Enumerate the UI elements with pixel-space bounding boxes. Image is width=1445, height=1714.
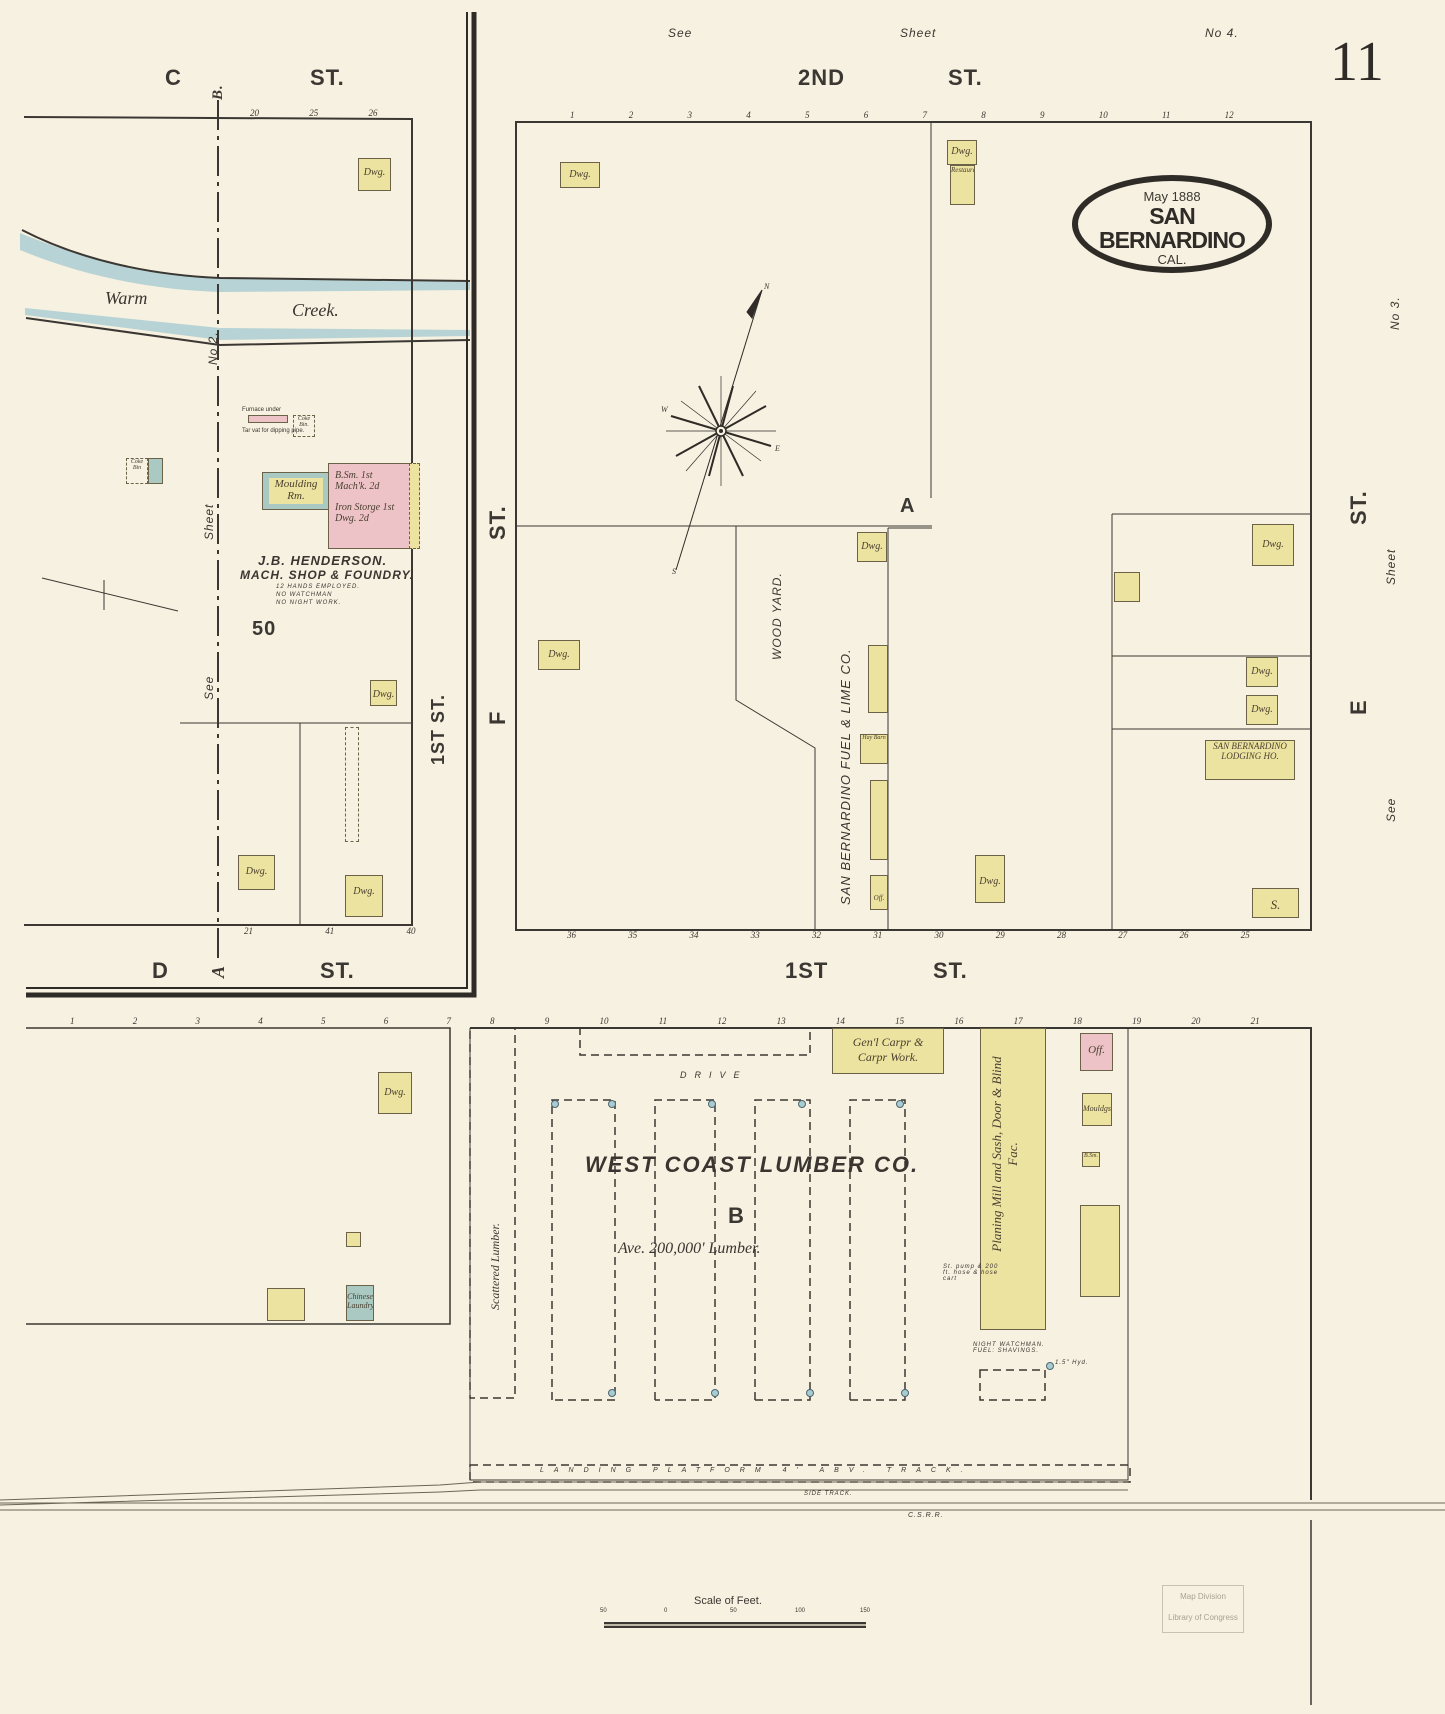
building-blacksmith: B.Sm. [1082, 1152, 1100, 1167]
lot-numbers-block-50-top: 20 25 26 [250, 108, 378, 118]
henderson-note-1: 12 HANDS EMPLOYED. [276, 584, 360, 590]
scale-tick: 50 [600, 1608, 607, 1614]
furnace-note: Furnace under [242, 407, 281, 413]
pump-note: St. pump & 200 ft. hose & hose cart [943, 1264, 1003, 1282]
lot-numbers-top: 1 2 3 4 5 6 7 8 9 10 11 12 [570, 110, 1234, 120]
compass-w: W [661, 405, 668, 414]
see-sheet-top-sheet: Sheet [900, 26, 936, 40]
wood-yard-label: WOOD YARD. [770, 572, 784, 660]
henderson-type: MACH. SHOP & FOUNDRY. [240, 568, 414, 582]
dwelling: Dwg. [378, 1072, 412, 1114]
lot-numbers-block-b: 8 9 10 11 12 13 14 15 16 17 18 19 20 21 [490, 1016, 1260, 1026]
compass-s: S [672, 567, 676, 576]
street-2nd-st: ST. [948, 65, 983, 91]
building-shed [346, 1232, 361, 1247]
dwelling: Dwg. [345, 875, 383, 917]
compass-e: E [775, 444, 780, 453]
tar-vat [248, 415, 288, 423]
annex [345, 727, 359, 842]
dwelling: Dwg. [1246, 695, 1278, 725]
sheet-number: 11 [1330, 30, 1384, 94]
street-f: F [485, 711, 511, 725]
scale-tick: 100 [795, 1608, 805, 1614]
side-ref-right-see: See [1384, 798, 1398, 822]
title-date: May 1888 [1078, 189, 1266, 204]
street-1st-left: 1ST ST. [428, 694, 449, 765]
scale-tick: 50 [730, 1608, 737, 1614]
drive-label: DRIVE [680, 1070, 748, 1080]
building-restaurant: Restaurant [950, 165, 975, 205]
fuel-lime-company: SAN BERNARDINO FUEL & LIME CO. [838, 648, 853, 905]
side-ref-left-no: No 2. [206, 331, 220, 365]
building-platform [409, 463, 420, 549]
landing-platform-label: LANDING PLATFORM 4' ABV. TRACK. [540, 1467, 973, 1474]
building-mouldings: Mouldgs. [1082, 1093, 1112, 1126]
building-blacksmith-machine-shop: B.Sm. 1st Mach'k. 2d Iron Storge 1st Dwg… [328, 463, 411, 549]
side-ref-right-no: No 3. [1388, 296, 1402, 330]
block-b-label: B [728, 1203, 745, 1229]
henderson-note-2: NO WATCHMAN [276, 592, 332, 598]
building-hay-barn: Hay Barn [860, 734, 888, 764]
building-coal-lime-hair [870, 780, 888, 860]
creek-name-creek: Creek. [292, 300, 339, 321]
scale-title: Scale of Feet. [694, 1595, 762, 1607]
building-chinese-laundry: Chinese Laundry. [346, 1285, 374, 1321]
see-sheet-top-see: See [668, 26, 692, 40]
watchman-note: NIGHT WATCHMAN. FUEL: SHAVINGS. [973, 1342, 1053, 1354]
railroad-label: C.S.R.R. [908, 1512, 944, 1519]
building-x-shed [267, 1288, 305, 1321]
dwelling: Dwg. [538, 640, 580, 670]
building-lodging-house: SAN BERNARDINO LODGING HO. [1205, 740, 1295, 780]
title-city: SAN BERNARDINO [1078, 204, 1266, 252]
alley-b: B. [210, 84, 227, 100]
side-ref-left-see: See [202, 676, 216, 700]
creek-name-warm: Warm [105, 288, 147, 309]
hydrant-note: 1.5" Hyd. [1055, 1360, 1088, 1366]
dwelling: Dwg. [560, 162, 600, 188]
lot-numbers-block-50-bottom: 21 41 40 [244, 926, 416, 936]
building-fuel-office: Off. [870, 875, 888, 910]
side-ref-left-sheet: Sheet [202, 504, 216, 540]
street-1st-st: ST. [933, 958, 968, 984]
building-carpenter-shop: Gen'l Carpr & Carpr Work. [832, 1028, 944, 1074]
dwelling: Dwg. [1246, 657, 1278, 687]
street-f-st: ST. [485, 505, 511, 540]
building-shed [868, 645, 888, 713]
dwelling: Dwg. [975, 855, 1005, 903]
tar-vat-note: Tar vat for dipping pipe. [242, 428, 304, 434]
street-1st: 1ST [785, 958, 828, 984]
building-painting-storage [1080, 1205, 1120, 1297]
dwelling: Dwg. [857, 532, 887, 562]
building-stone-shed [148, 458, 163, 484]
scattered-lumber-label: Scattered Lumber. [488, 1223, 503, 1310]
title-state: CAL. [1078, 252, 1266, 267]
block-a-label: A [900, 495, 915, 518]
henderson-note-3: NO NIGHT WORK. [276, 600, 341, 606]
building-planing-mill: Planing Mill and Sash, Door & Blind Fac. [980, 1028, 1046, 1330]
street-d-st: ST. [320, 958, 355, 984]
compass-n: N [764, 282, 769, 291]
building-moulding-room: Moulding Rm. [262, 472, 330, 510]
street-d: D [152, 958, 169, 984]
street-e: E [1346, 699, 1372, 715]
street-c-st: ST. [310, 65, 345, 91]
coke-bin-2: Coke Bin [126, 458, 148, 484]
lumber-inventory: Ave. 200,000' Lumber. [618, 1240, 761, 1258]
dwelling: Dwg. [1252, 524, 1294, 566]
dwelling: Dwg. [947, 140, 977, 165]
title-seal: May 1888 SAN BERNARDINO CAL. [1072, 175, 1272, 273]
scale-tick: 0 [664, 1608, 667, 1614]
street-c: C [165, 65, 182, 91]
block-50-label: 50 [252, 618, 276, 641]
dwelling: Dwg. [370, 680, 397, 706]
dwelling: Dwg. [238, 855, 275, 890]
lot-numbers-bottom-a: 36 35 34 33 32 31 30 29 28 27 26 25 [567, 930, 1250, 940]
dwelling: Dwg. [358, 158, 391, 191]
map-sheet: See Sheet No 4. 11 May 1888 SAN BERNARDI… [0, 0, 1445, 1714]
building-office: Off. [1080, 1033, 1113, 1071]
store: S. [1252, 888, 1299, 918]
building-x-shed [1114, 572, 1140, 602]
alley-a: A [208, 965, 229, 978]
scale-tick: 150 [860, 1608, 870, 1614]
street-e-st: ST. [1346, 490, 1372, 525]
henderson-name: J.B. HENDERSON. [258, 553, 387, 568]
library-stamp: Map Division Library of Congress [1162, 1585, 1244, 1633]
street-2nd: 2ND [798, 65, 845, 91]
lot-numbers-bottom-left: 1 2 3 4 5 6 7 [70, 1016, 451, 1026]
west-coast-lumber-name: WEST COAST LUMBER CO. [585, 1152, 919, 1178]
side-ref-right-sheet: Sheet [1384, 549, 1398, 585]
side-track-label: SIDE TRACK. [804, 1491, 853, 1497]
see-sheet-top-number: No 4. [1205, 26, 1239, 40]
